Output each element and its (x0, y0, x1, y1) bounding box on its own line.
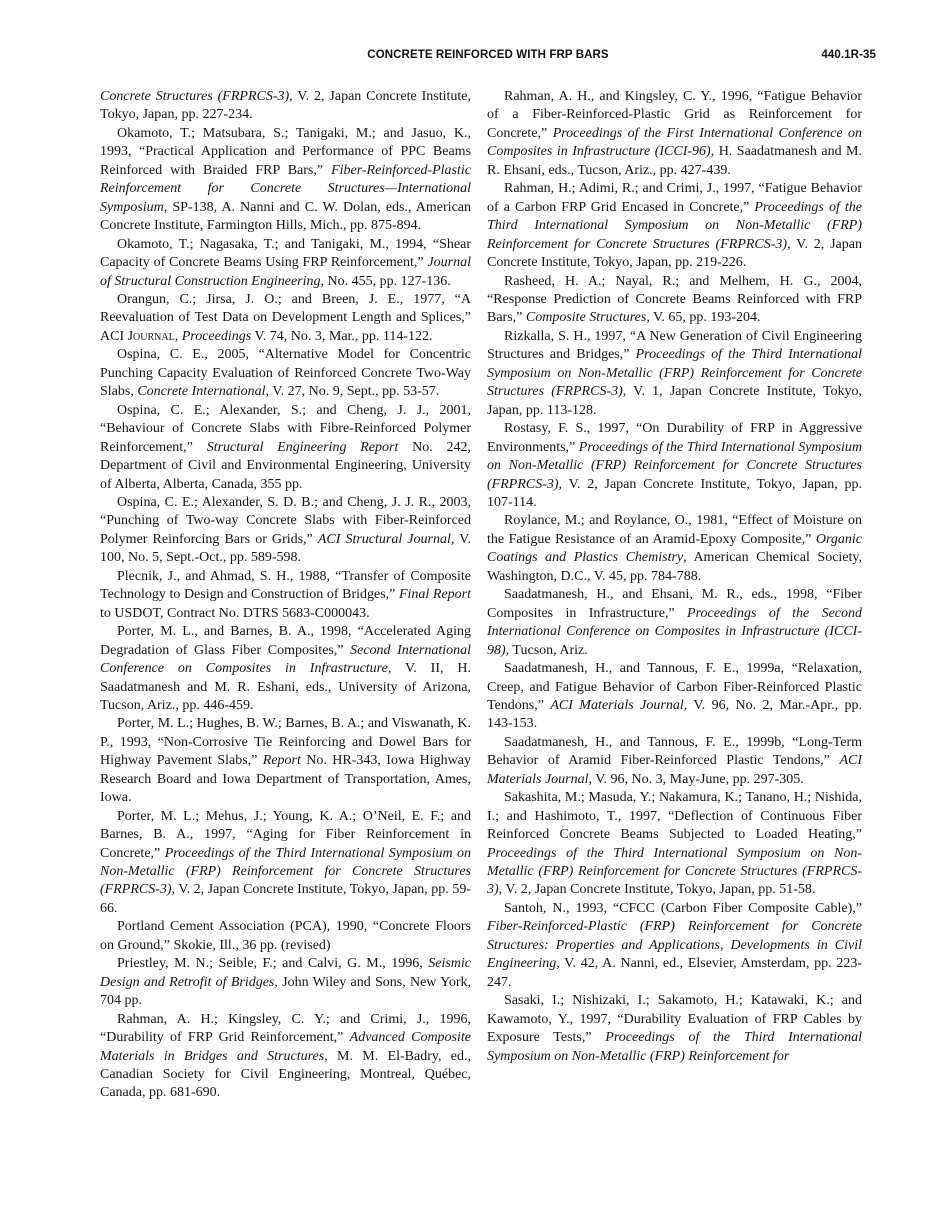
reference-entry: Plecnik, J., and Ahmad, S. H., 1988, “Tr… (100, 568, 471, 623)
reference-entry: Rasheed, H. A.; Nayal, R.; and Melhem, H… (487, 273, 862, 328)
reference-entry: Ospina, C. E.; Alexander, S. D. B.; and … (100, 494, 471, 568)
reference-entry: Portland Cement Association (PCA), 1990,… (100, 918, 471, 955)
reference-entry: Porter, M. L.; Hughes, B. W.; Barnes, B.… (100, 715, 471, 807)
reference-entry: Rahman, A. H., and Kingsley, C. Y., 1996… (487, 88, 862, 180)
reference-entry: Priestley, M. N.; Seible, F.; and Calvi,… (100, 955, 471, 1010)
reference-entry: Concrete Structures (FRPRCS-3), V. 2, Ja… (100, 88, 471, 125)
page-number: 440.1R-35 (821, 49, 876, 61)
reference-entry: Sakashita, M.; Masuda, Y.; Nakamura, K.;… (487, 789, 862, 900)
references-column-left: Concrete Structures (FRPRCS-3), V. 2, Ja… (100, 88, 471, 1103)
reference-entry: Saadatmanesh, H., and Tannous, F. E., 19… (487, 660, 862, 734)
reference-entry: Rostasy, F. S., 1997, “On Durability of … (487, 420, 862, 512)
reference-entry: Ospina, C. E.; Alexander, S.; and Cheng,… (100, 402, 471, 494)
reference-entry: Santoh, N., 1993, “CFCC (Carbon Fiber Co… (487, 900, 862, 992)
page-header: CONCRETE REINFORCED WITH FRP BARS 440.1R… (100, 49, 876, 65)
running-header-title: CONCRETE REINFORCED WITH FRP BARS (100, 49, 876, 61)
reference-entry: Porter, M. L., and Barnes, B. A., 1998, … (100, 623, 471, 715)
reference-entry: Saadatmanesh, H., and Ehsani, M. R., eds… (487, 586, 862, 660)
reference-entry: Roylance, M.; and Roylance, O., 1981, “E… (487, 512, 862, 586)
reference-entry: Rahman, A. H.; Kingsley, C. Y.; and Crim… (100, 1011, 471, 1103)
reference-entry: Ospina, C. E., 2005, “Alternative Model … (100, 346, 471, 401)
reference-entry: Saadatmanesh, H., and Tannous, F. E., 19… (487, 734, 862, 789)
document-page: CONCRETE REINFORCED WITH FRP BARS 440.1R… (0, 0, 940, 1216)
reference-entry: Okamoto, T.; Matsubara, S.; Tanigaki, M.… (100, 125, 471, 236)
references-column-right: Rahman, A. H., and Kingsley, C. Y., 1996… (487, 88, 862, 1066)
reference-entry: Orangun, C.; Jirsa, J. O.; and Breen, J.… (100, 291, 471, 346)
reference-entry: Sasaki, I.; Nishizaki, I.; Sakamoto, H.;… (487, 992, 862, 1066)
reference-entry: Okamoto, T.; Nagasaka, T.; and Tanigaki,… (100, 236, 471, 291)
reference-entry: Rahman, H.; Adimi, R.; and Crimi, J., 19… (487, 180, 862, 272)
reference-entry: Rizkalla, S. H., 1997, “A New Generation… (487, 328, 862, 420)
reference-entry: Porter, M. L.; Mehus, J.; Young, K. A.; … (100, 808, 471, 919)
